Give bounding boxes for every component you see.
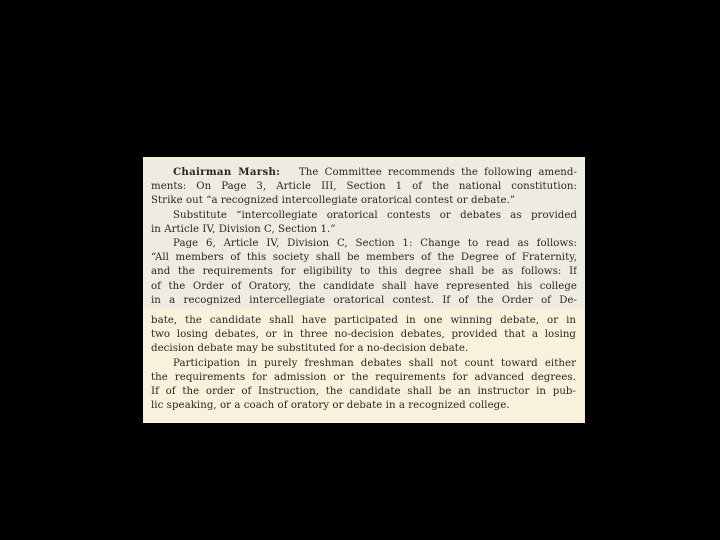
text-line-10: in a recognized intercellegiate oratoric… [151, 294, 577, 308]
text-line-15: the requirements for admission or the re… [151, 371, 576, 385]
document-panel-bottom: bate, the candidate shall have participa… [143, 308, 585, 423]
text-line-11: bate, the candidate shall have participa… [151, 314, 576, 328]
text-line-12: two losing debates, or in three no-decis… [151, 328, 576, 342]
text-line-2: ments: On Page 3, Article III, Section 1… [151, 180, 577, 194]
speaker-name: Chairman Marsh: [173, 166, 280, 178]
text-line-3: Strike out “a recognized intercollegiate… [151, 194, 577, 208]
text-line-13: decision debate may be substituted for a… [151, 342, 576, 356]
text-line-1: Chairman Marsh: The Committee recommends… [151, 165, 577, 180]
text-line-5: in Article IV, Division C, Section 1.” [151, 223, 577, 237]
text-line-1-content: The Committee recommends the following a… [299, 167, 577, 178]
text-line-8: and the requirements for eligibility to … [151, 265, 577, 279]
text-line-4: Substitute “intercollegiate oratorical c… [151, 209, 577, 223]
text-line-14: Participation in purely freshman debates… [151, 357, 576, 371]
document-clipping: Chairman Marsh: The Committee recommends… [143, 157, 585, 423]
text-line-7: “All members of this society shall be me… [151, 251, 577, 265]
text-line-9: of the Order of Oratory, the candidate s… [151, 280, 577, 294]
slide-background: Chairman Marsh: The Committee recommends… [0, 0, 720, 540]
paper-top-edge [143, 157, 585, 160]
text-line-17: lic speaking, or a coach of oratory or d… [151, 399, 576, 413]
document-panel-top: Chairman Marsh: The Committee recommends… [143, 157, 585, 308]
text-line-16: If of the order of Instruction, the cand… [151, 385, 576, 399]
text-line-6: Page 6, Article IV, Division C, Section … [151, 237, 577, 251]
